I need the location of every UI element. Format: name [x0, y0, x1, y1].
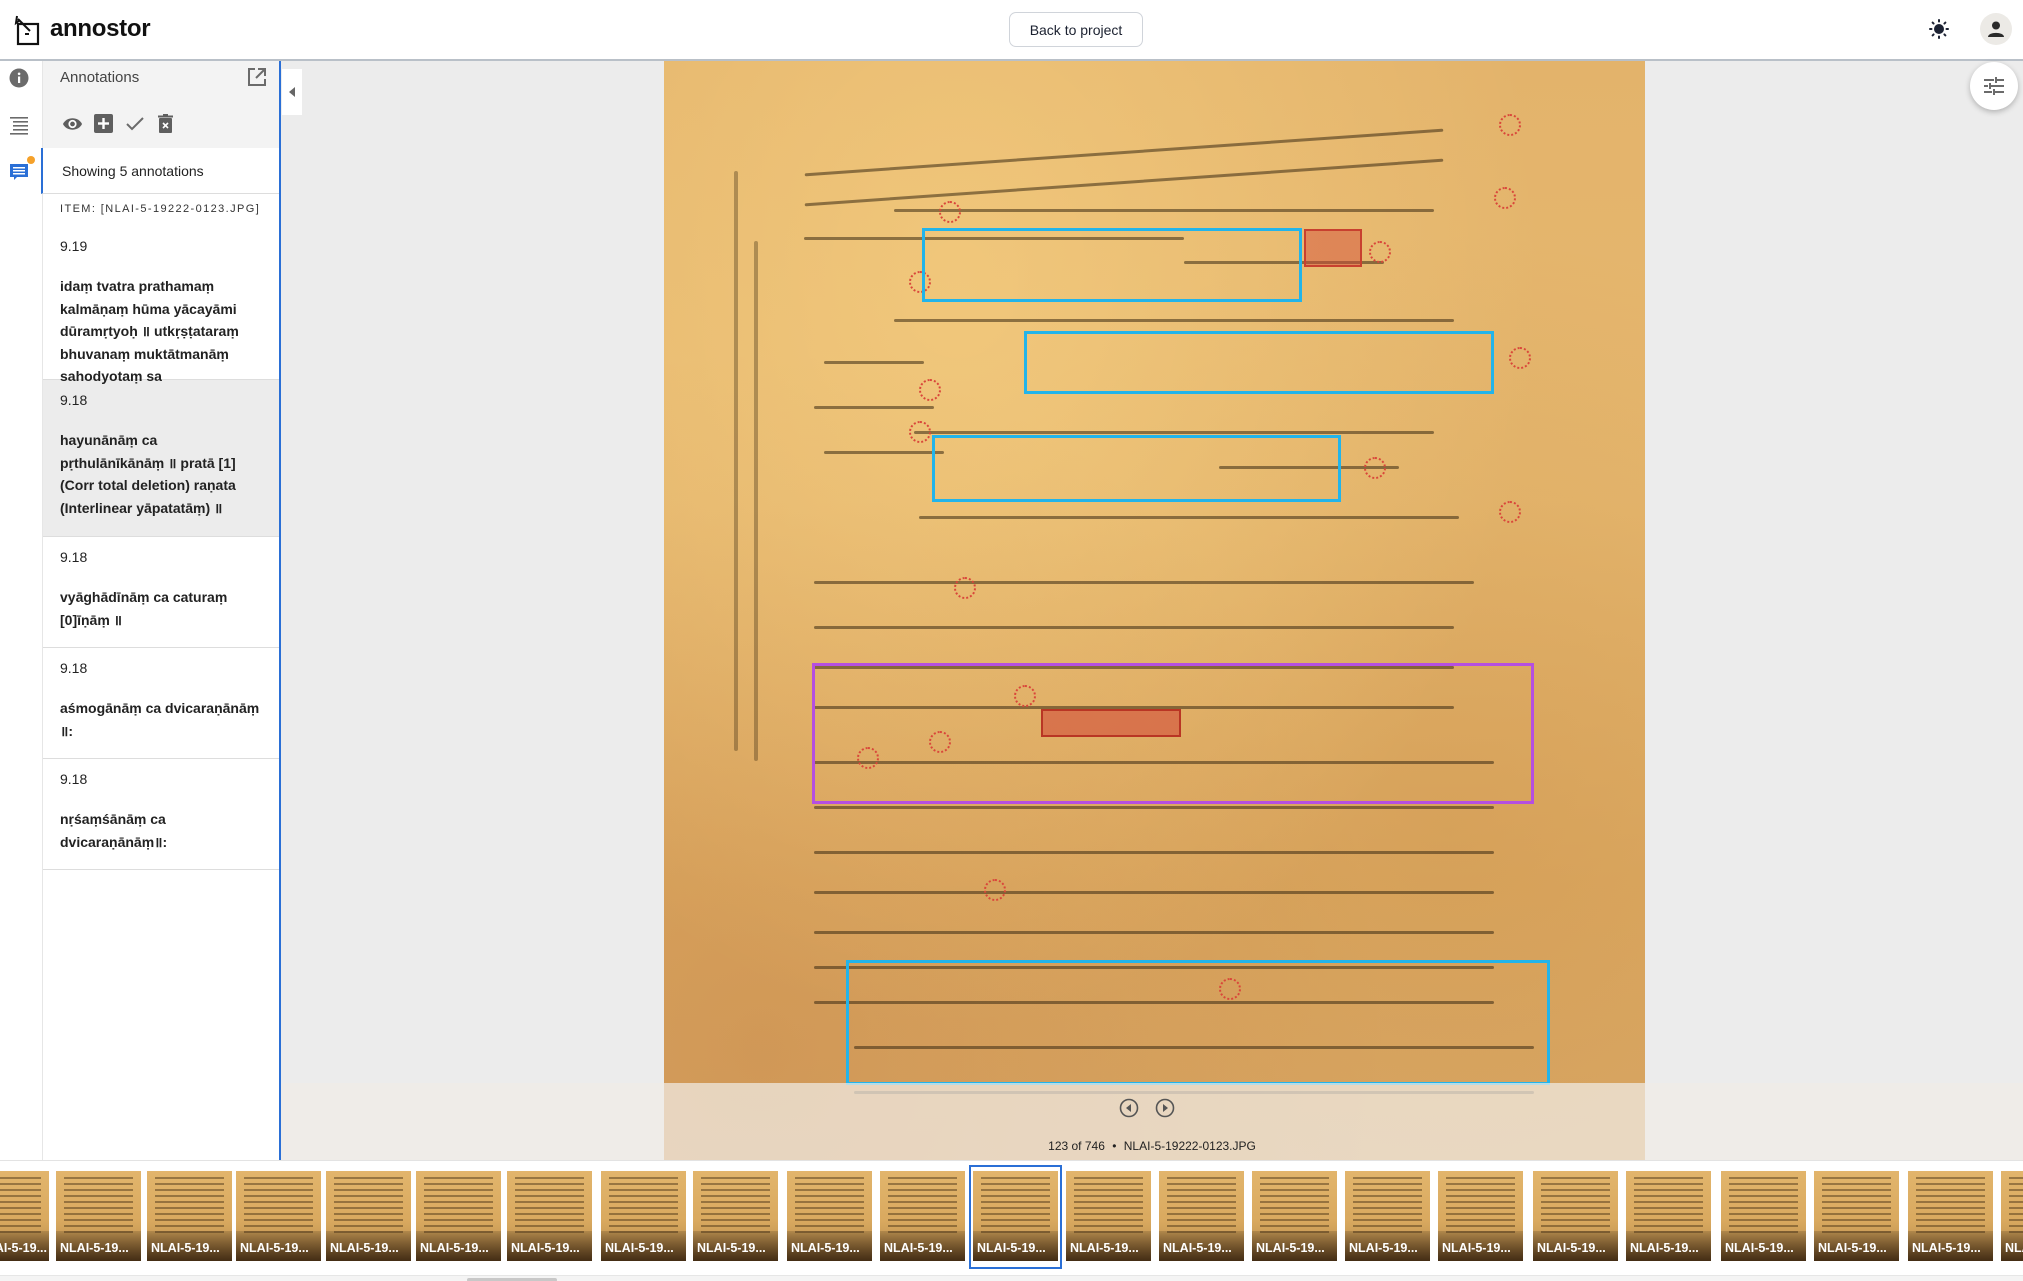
info-icon [9, 68, 29, 88]
thumbnail[interactable]: NLAI-5-19... [56, 1171, 141, 1261]
eye-icon [62, 116, 83, 132]
current-thumbnail-highlight [969, 1165, 1062, 1269]
thumbnail[interactable]: NLAI-5-19... [1814, 1171, 1899, 1261]
page-navigation-bar: 123 of 746 • NLAI-5-19222-0123.JPG [281, 1083, 2023, 1160]
annotation-count: Showing 5 annotations [41, 148, 279, 194]
app-brand[interactable]: annostor [50, 15, 150, 43]
person-icon [1987, 20, 2005, 38]
annotation-number: 9.19 [60, 234, 265, 267]
rail-text-button[interactable] [7, 113, 31, 137]
thumbnail[interactable]: NLAI-5-19... [1533, 1171, 1618, 1261]
thumbnail[interactable]: NLAI-5-19... [1066, 1171, 1151, 1261]
thumbnail[interactable]: NLAI-5-19... [693, 1171, 778, 1261]
thumbnail[interactable]: NLAI-5-19... [2001, 1171, 2023, 1261]
approve-button[interactable] [124, 113, 145, 134]
thumbnail[interactable]: NLAI-5-19... [236, 1171, 321, 1261]
caret-left-icon [288, 87, 296, 97]
panel-header: Annotations [43, 61, 279, 148]
annotation-card[interactable]: 9.19 idaṃ tvatra prathamaṃ kalmāṇaṃ hūma… [43, 226, 279, 380]
comment-icon [9, 162, 29, 182]
annotation-box[interactable] [932, 435, 1341, 502]
annotation-text: hayunānāṃ ca pṛthulānīkānāṃ ॥ pratā [1] … [60, 421, 265, 519]
left-icon-rail [0, 61, 43, 1160]
annotation-number: 9.18 [60, 767, 265, 800]
page-separator: • [1108, 1139, 1116, 1153]
thumbnail[interactable]: NLAI-5-19... [1721, 1171, 1806, 1261]
annotation-text: aśmogānāṃ ca dvicaraṇānāṃ ॥: [60, 689, 265, 742]
thumbnail[interactable]: NLAI-5-19... [1438, 1171, 1523, 1261]
thumbnail[interactable]: NLAI-5-19... [1159, 1171, 1244, 1261]
add-annotation-button[interactable] [93, 113, 114, 134]
annotation-number: 9.18 [60, 656, 265, 689]
page-index: 123 of 746 [1048, 1139, 1105, 1153]
thumbnail[interactable]: NLAI-5-19... [507, 1171, 592, 1261]
thumbnail[interactable]: NLAI-5-19... [787, 1171, 872, 1261]
annotation-card-selected[interactable]: 9.18 hayunānāṃ ca pṛthulānīkānāṃ ॥ pratā… [43, 380, 279, 537]
check-icon [126, 117, 144, 131]
thumbnail[interactable]: NLAI-5-19... [416, 1171, 501, 1261]
annotation-box-selected[interactable] [812, 663, 1534, 804]
tune-icon [1984, 77, 2004, 95]
text-lines-icon [9, 115, 29, 135]
image-viewer[interactable]: 123 of 746 • NLAI-5-19222-0123.JPG [281, 61, 2023, 1160]
viewer-settings-button[interactable] [1970, 62, 2018, 110]
annotation-toolbar [62, 113, 176, 134]
previous-page-icon[interactable] [1119, 1098, 1139, 1118]
theme-toggle-button[interactable] [1926, 16, 1952, 42]
annotation-card[interactable]: 9.18 nṛśaṃśānāṃ ca dvicaraṇānāṃ॥: [43, 759, 279, 870]
thumbnail[interactable]: NLAI-5-19... [147, 1171, 232, 1261]
thumbnail[interactable]: NLAI-5-19... [1908, 1171, 1993, 1261]
rail-annotations-button[interactable] [7, 160, 31, 184]
open-in-new-icon[interactable] [247, 67, 267, 87]
annotation-card[interactable]: 9.18 aśmogānāṃ ca dvicaraṇānāṃ ॥: [43, 648, 279, 759]
collapse-panel-button[interactable] [282, 69, 302, 115]
annotation-number: 9.18 [60, 545, 265, 578]
user-avatar-button[interactable] [1980, 13, 2012, 45]
back-to-project-button[interactable]: Back to project [1009, 12, 1143, 47]
thumbnail[interactable]: NLAI-5-19... [1345, 1171, 1430, 1261]
annotation-text: nṛśaṃśānāṃ ca dvicaraṇānāṃ॥: [60, 800, 265, 853]
thumbnail[interactable]: NLAI-5-19... [880, 1171, 965, 1261]
annotation-box[interactable] [1024, 331, 1494, 394]
item-label: ITEM: [NLAI-5-19222-0123.JPG] [43, 194, 279, 226]
app-header: annostor Back to project [0, 0, 2023, 61]
thumbnail[interactable]: NLAI-5-19... [326, 1171, 411, 1261]
thumbnail[interactable]: NLAI-5-19... [1626, 1171, 1711, 1261]
annotation-box[interactable] [846, 960, 1550, 1085]
thumbnail-filmstrip[interactable]: NLAI-5-19... NLAI-5-19... NLAI-5-19... N… [0, 1160, 2023, 1281]
add-box-icon [94, 114, 113, 133]
sun-icon [1929, 19, 1949, 39]
delete-icon [158, 114, 173, 133]
annostor-logo-icon [12, 14, 42, 46]
filmstrip-scrollbar-track[interactable] [0, 1275, 2023, 1281]
red-correction-mark [1304, 229, 1362, 267]
annotations-panel: Annotations [43, 61, 281, 1160]
annotation-text: idaṃ tvatra prathamaṃ kalmāṇaṃ hūma yāca… [60, 267, 265, 388]
thumbnail[interactable]: NLAI-5-19... [1252, 1171, 1337, 1261]
annotation-text: vyāghādīnāṃ ca caturaṃ [0]īṇāṃ ॥ [60, 578, 265, 631]
panel-title: Annotations [60, 69, 139, 86]
rail-info-button[interactable] [7, 66, 31, 90]
annotation-box[interactable] [922, 228, 1302, 302]
delete-annotations-button[interactable] [155, 113, 176, 134]
page-filename: NLAI-5-19222-0123.JPG [1120, 1139, 1256, 1153]
notification-dot [27, 156, 35, 164]
thumbnail[interactable]: NLAI-5-19... [601, 1171, 686, 1261]
page-info: 123 of 746 • NLAI-5-19222-0123.JPG [281, 1139, 2023, 1153]
thumbnail[interactable]: NLAI-5-19... [0, 1171, 49, 1261]
annotation-number: 9.18 [60, 388, 265, 421]
annotation-card[interactable]: 9.18 vyāghādīnāṃ ca caturaṃ [0]īṇāṃ ॥ [43, 537, 279, 648]
next-page-icon[interactable] [1155, 1098, 1175, 1118]
toggle-visibility-button[interactable] [62, 113, 83, 134]
manuscript-image[interactable] [664, 61, 1645, 1160]
